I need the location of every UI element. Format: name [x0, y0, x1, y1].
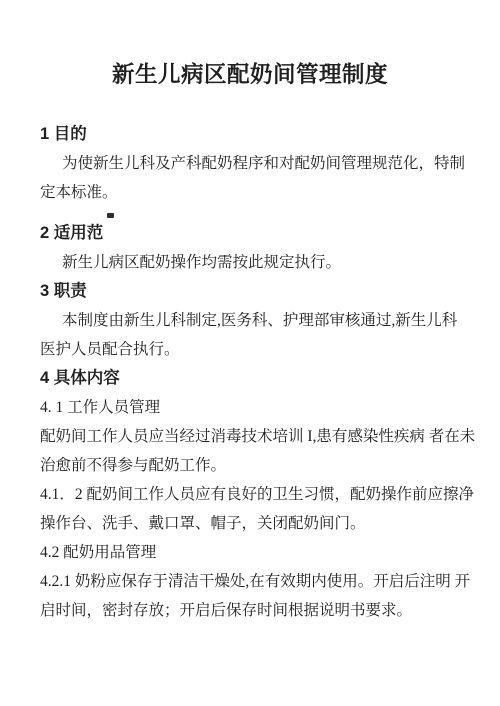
- subsection-heading-supplies: 4.2 配奶用品管理: [40, 538, 470, 567]
- paragraph-line: 4.2.1 奶粉应保存于清洁干燥处,在有效期内使用。开启后注明 开: [40, 567, 470, 596]
- paragraph-line: 为使新生儿科及产科配奶程序和对配奶间管理规范化，特制: [40, 149, 470, 178]
- paragraph-line: 医护人员配合执行。: [40, 335, 470, 364]
- paragraph-line: 4.1．2 配奶间工作人员应有良好的卫生习惯，配奶操作前应擦净: [40, 480, 470, 509]
- paragraph-line: 新生儿病区配奶操作均需按此规定执行。: [40, 248, 470, 277]
- paragraph-line: 操作台、洗手、戴口罩、帽子，关闭配奶间门。: [40, 509, 470, 538]
- paragraph-line: 配奶间工作人员应当经过消毒技术培训 I,患有感染性疾病 者在未: [40, 422, 470, 451]
- document-body: 1 目的 为使新生儿科及产科配奶程序和对配奶间管理规范化，特制 定本标准。 2 …: [0, 120, 500, 625]
- paragraph-line: 治愈前不得参与配奶工作。: [40, 451, 470, 480]
- section-heading-scope: 2 适用范: [40, 219, 470, 248]
- paragraph-line: 定本标准。: [40, 178, 470, 207]
- paragraph-line: 启时间，密封存放；开启后保存时间根据说明书要求。: [40, 596, 470, 625]
- section-heading-content: 4 具体内容: [40, 364, 470, 393]
- section-heading-purpose: 1 目的: [40, 120, 470, 149]
- paragraph-line: 本制度由新生儿科制定,医务科、护理部审核通过,新生儿科: [40, 306, 470, 335]
- ink-artifact-mark: [107, 213, 114, 218]
- subsection-heading-staff: 4. 1 工作人员管理: [40, 393, 470, 422]
- document-page: 新生儿病区配奶间管理制度 1 目的 为使新生儿科及产科配奶程序和对配奶间管理规范…: [0, 0, 500, 706]
- section-heading-duty: 3 职责: [40, 277, 470, 306]
- page-title: 新生儿病区配奶间管理制度: [0, 0, 500, 89]
